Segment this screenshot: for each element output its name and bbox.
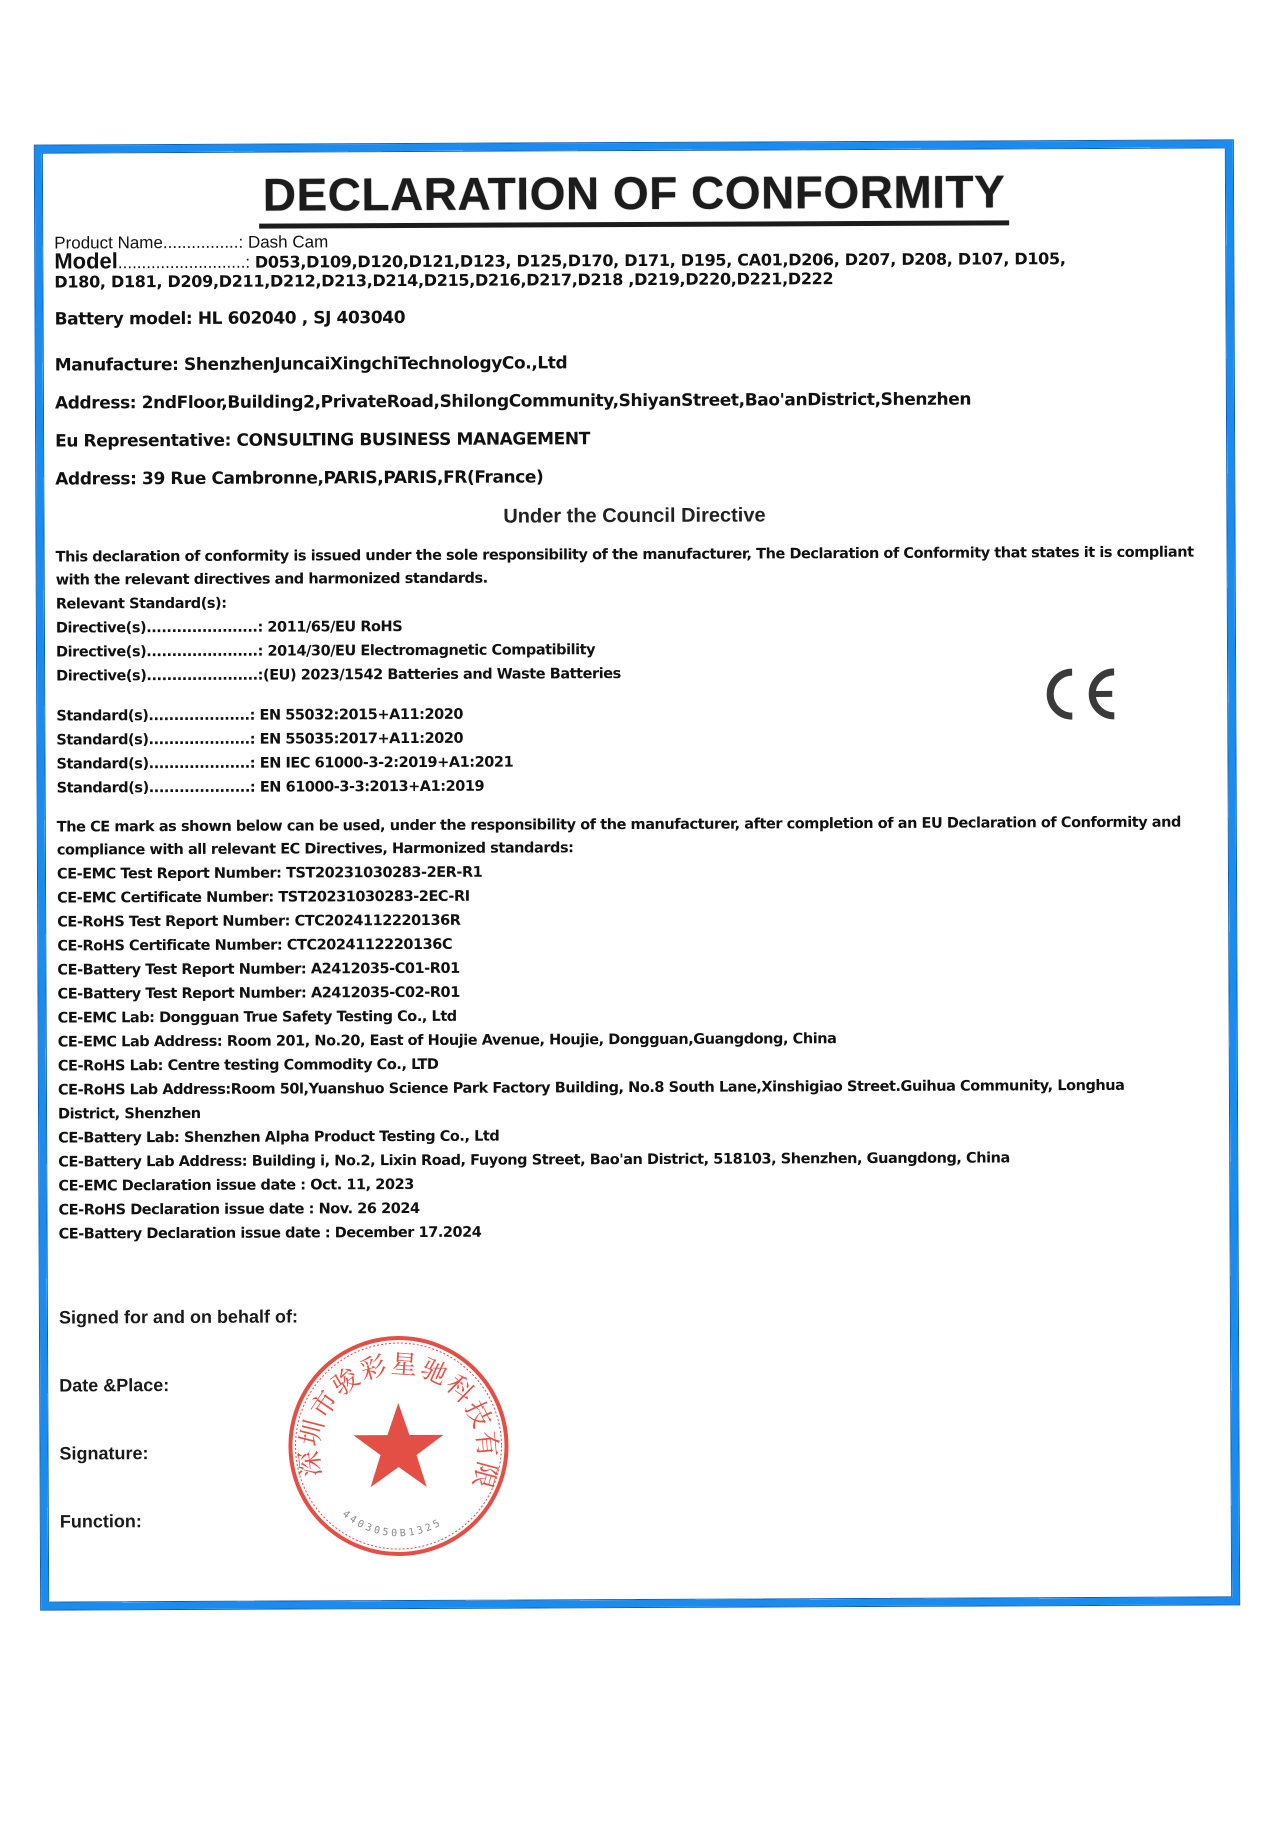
signature-label: Signature: [59, 1442, 298, 1511]
battery-issue-date: CE-Battery Declaration issue date : Dece… [59, 1217, 1217, 1246]
company-seal-icon: 深圳市骏彩星驰科技有限公司 4403050B1325 [283, 1331, 514, 1562]
model-values-line1: D053,D109,D120,D121,D123, D125,D170, D17… [255, 249, 1066, 272]
eu-representative: Eu Representative: CONSULTING BUSINESS M… [55, 426, 1213, 451]
section-subtitle: Under the Council Directive [55, 502, 1213, 530]
manufacture: Manufacture: ShenzhenJuncaiXingchiTechno… [55, 350, 1213, 375]
signed-for-label: Signed for and on behalf of: [59, 1306, 298, 1375]
eu-representative-address: Address: 39 Rue Cambronne,PARIS,PARIS,FR… [55, 464, 1213, 489]
document-title: DECLARATION OF CONFORMITY [259, 164, 1010, 228]
ce-mark-paragraph: The CE mark as shown below can be used, … [57, 811, 1215, 862]
intro-paragraph: This declaration of conformity is issued… [56, 541, 1214, 592]
product-name-value: Dash Cam [248, 232, 328, 251]
function-label: Function: [60, 1510, 299, 1579]
document-frame: DECLARATION OF CONFORMITY Product Name..… [35, 140, 1239, 1609]
svg-text:4403050B1325: 4403050B1325 [340, 1508, 445, 1539]
signature-block: Signed for and on behalf of: Date &Place… [59, 1306, 299, 1579]
ce-mark-icon [1038, 666, 1118, 722]
model-label: Model [54, 248, 118, 273]
model-values-line2: D180, D181, D209,D211,D212,D213,D214,D21… [54, 267, 1212, 291]
date-place-label: Date &Place: [59, 1374, 298, 1443]
battery-model: Battery model: HL 602040 , SJ 403040 [55, 304, 1213, 329]
manufacturer-address: Address: 2ndFloor,Building2,PrivateRoad,… [55, 388, 1213, 413]
model-dots: ...........................: [118, 253, 255, 273]
rohs-lab-address-line1: CE-RoHS Lab Address:Room 50l,Yuanshuo Sc… [58, 1073, 1216, 1102]
document-body: Product Name................: Dash Cam M… [54, 229, 1216, 1246]
